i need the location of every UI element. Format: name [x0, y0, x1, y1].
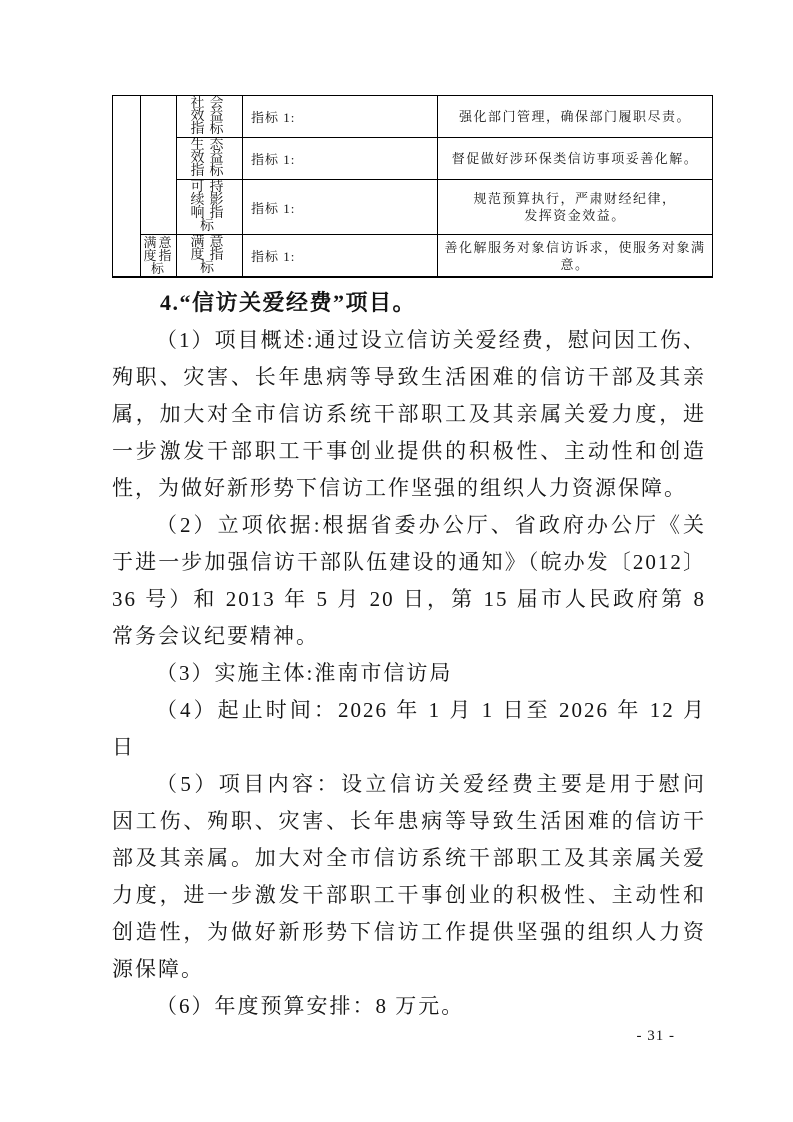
description-cell: 规范预算执行，严肃财经纪律， 发挥资金效益。 [438, 180, 713, 235]
paragraph-line: 殉职、灾害、长年患病等导致生活困难的信访干部及其亲 [112, 359, 706, 396]
indicator-cell: 指标 1: [243, 96, 438, 138]
paragraph-line: 常务会议纪要精神。 [112, 618, 706, 655]
page-number: - 31 - [637, 1028, 676, 1045]
row-group-cell: 满意度指标 [141, 235, 177, 278]
paragraph-line: （1）项目概述:通过设立信访关爱经费，慰问因工伤、 [112, 322, 706, 359]
paragraph-line: 因工伤、殉职、灾害、长年患病等导致生活困难的信访干 [112, 803, 706, 840]
empty-group-cell [141, 96, 177, 235]
table-row: 社会效益指标 指标 1: 强化部门管理，确保部门履职尽责。 [113, 96, 713, 138]
indicator-table: 社会效益指标 指标 1: 强化部门管理，确保部门履职尽责。 生态效益指标 指标 … [112, 95, 713, 278]
description-cell: 善化解服务对象信访诉求，使服务对象满 意。 [438, 235, 713, 278]
description-cell: 督促做好涉环保类信访事项妥善化解。 [438, 138, 713, 180]
empty-spanner-cell [113, 96, 141, 278]
table-row: 可持续影响指标 指标 1: 规范预算执行，严肃财经纪律， 发挥资金效益。 [113, 180, 713, 235]
row-label-cell: 社会效益指标 [177, 96, 243, 138]
paragraph-line: 于进一步加强信访干部队伍建设的通知》（皖办发〔2012〕 [112, 544, 706, 581]
paragraph-line: 36 号）和 2013 年 5 月 20 日，第 15 届市人民政府第 8 次 [112, 581, 706, 618]
document-page: 社会效益指标 指标 1: 强化部门管理，确保部门履职尽责。 生态效益指标 指标 … [0, 0, 793, 1122]
paragraph-line: （2）立项依据:根据省委办公厅、省政府办公厅《关 [112, 507, 706, 544]
table-row: 满意度指标 满意度指标 指标 1: 善化解服务对象信访诉求，使服务对象满 意。 [113, 235, 713, 278]
paragraph-line: 部及其亲属。加大对全市信访系统干部职工及其亲属关爱 [112, 840, 706, 877]
paragraph-line: （6）年度预算安排：8 万元。 [112, 988, 706, 1025]
paragraph-line: 性，为做好新形势下信访工作坚强的组织人力资源保障。 [112, 470, 706, 507]
paragraph-line: （4）起止时间：2026 年 1 月 1 日至 2026 年 12 月 31 [112, 692, 706, 729]
paragraph-line: 源保障。 [112, 951, 706, 988]
row-label-cell: 可持续影响指标 [177, 180, 243, 235]
description-cell: 强化部门管理，确保部门履职尽责。 [438, 96, 713, 138]
paragraph-line: （5）项目内容：设立信访关爱经费主要是用于慰问 [112, 766, 706, 803]
paragraph-line: 属，加大对全市信访系统干部职工及其亲属关爱力度，进 [112, 396, 706, 433]
paragraph-line: 一步激发干部职工干事创业提供的积极性、主动性和创造 [112, 433, 706, 470]
table-row: 生态效益指标 指标 1: 督促做好涉环保类信访事项妥善化解。 [113, 138, 713, 180]
document-body: 4.“信访关爱经费”项目。 （1）项目概述:通过设立信访关爱经费，慰问因工伤、 … [112, 285, 706, 1025]
row-label-cell: 满意度指标 [177, 235, 243, 278]
paragraph-line: 创造性，为做好新形势下信访工作提供坚强的组织人力资 [112, 914, 706, 951]
indicator-cell: 指标 1: [243, 138, 438, 180]
section-heading: 4.“信访关爱经费”项目。 [112, 285, 706, 322]
indicator-cell: 指标 1: [243, 235, 438, 278]
row-label-cell: 生态效益指标 [177, 138, 243, 180]
indicator-cell: 指标 1: [243, 180, 438, 235]
paragraph-line: （3）实施主体:淮南市信访局 [112, 655, 706, 692]
paragraph-line: 日 [112, 729, 706, 766]
paragraph-line: 力度，进一步激发干部职工干事创业的积极性、主动性和 [112, 877, 706, 914]
